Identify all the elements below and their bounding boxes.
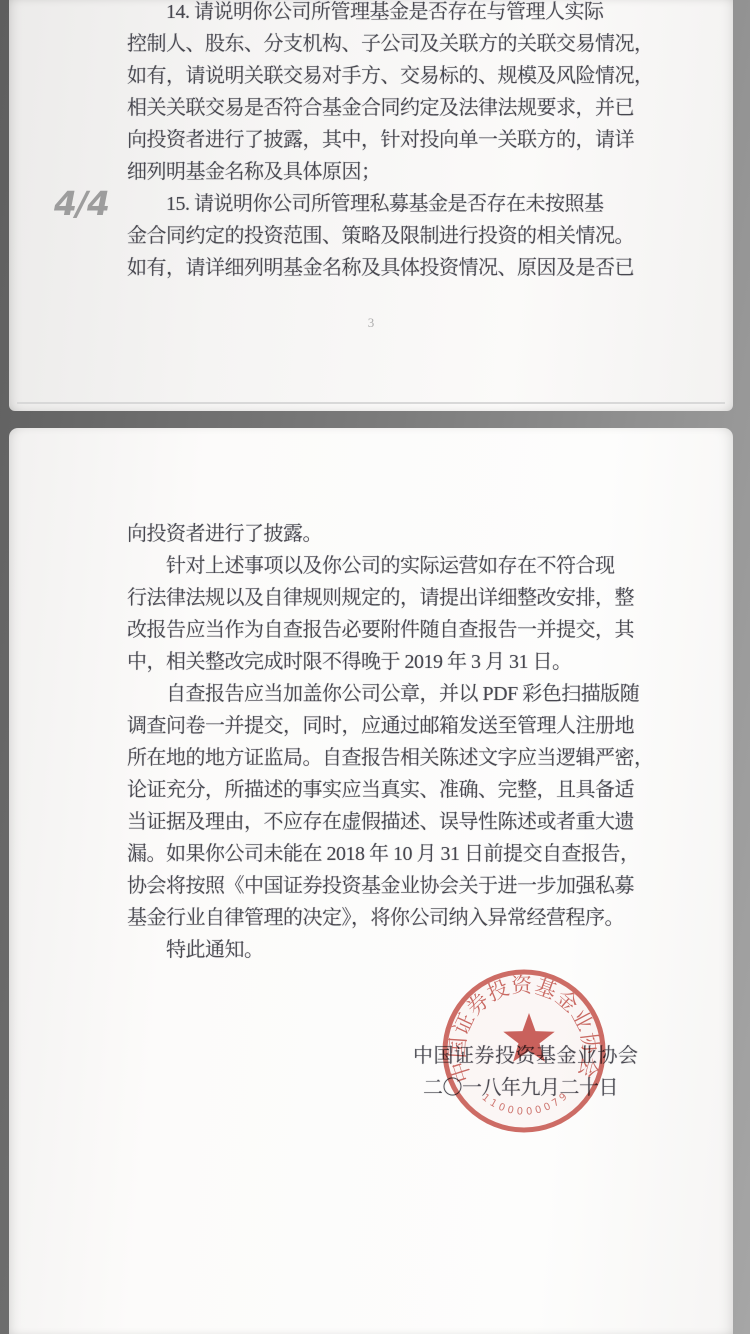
- text-line: 向投资者进行了披露，其中，针对投向单一关联方的，请详: [127, 124, 657, 156]
- text-line: 控制人、股东、分支机构、子公司及关联方的关联交易情况，: [127, 28, 657, 60]
- document-page-2: 向投资者进行了披露。 针对上述事项以及你公司的实际运营如存在不符合现行法律法规以…: [9, 428, 733, 1334]
- text-line: 协会将按照《中国证券投资基金业协会关于进一步加强私募: [127, 870, 657, 902]
- text-line: 基金行业自律管理的决定》，将你公司纳入异常经营程序。: [127, 902, 657, 934]
- text-line: 自查报告应当加盖你公司公章，并以 PDF 彩色扫描版随: [127, 678, 657, 710]
- text-line: 行法律法规以及自律规则规定的，请提出详细整改安排，整: [127, 582, 657, 614]
- scanned-document-photo: 14. 请说明你公司所管理基金是否存在与管理人实际控制人、股东、分支机构、子公司…: [0, 0, 750, 1334]
- page2-text-block: 向投资者进行了披露。 针对上述事项以及你公司的实际运营如存在不符合现行法律法规以…: [127, 518, 657, 966]
- page1-footer-page-number: 3: [9, 315, 733, 331]
- text-line: 如有，请详细列明基金名称及具体投资情况、原因及是否已: [127, 252, 657, 284]
- text-line: 论证充分，所描述的事实应当真实、准确、完整，且具备适: [127, 774, 657, 806]
- text-line: 向投资者进行了披露。: [127, 518, 657, 550]
- text-line: 14. 请说明你公司所管理基金是否存在与管理人实际: [127, 0, 657, 28]
- text-line: 细列明基金名称及具体原因；: [127, 156, 657, 188]
- text-line: 中，相关整改完成时限不得晚于 2019 年 3 月 31 日。: [127, 646, 657, 678]
- text-line: 如有，请说明关联交易对手方、交易标的、规模及风险情况，: [127, 60, 657, 92]
- text-line: 改报告应当作为自查报告必要附件随自查报告一并提交，其: [127, 614, 657, 646]
- official-seal: 中国证券投资基金业协会 1100000079148: [440, 967, 608, 1135]
- text-line: 15. 请说明你公司所管理私募基金是否存在未按照基: [127, 188, 657, 220]
- text-line: 针对上述事项以及你公司的实际运营如存在不符合现: [127, 550, 657, 582]
- text-line: 当证据及理由，不应存在虚假描述、误导性陈述或者重大遗: [127, 806, 657, 838]
- page1-text-block: 14. 请说明你公司所管理基金是否存在与管理人实际控制人、股东、分支机构、子公司…: [127, 0, 657, 284]
- text-line: 相关关联交易是否符合基金合同约定及法律法规要求，并已: [127, 92, 657, 124]
- document-page-1: 14. 请说明你公司所管理基金是否存在与管理人实际控制人、股东、分支机构、子公司…: [9, 0, 733, 411]
- text-line: 调查问卷一并提交，同时，应通过邮箱发送至管理人注册地: [127, 710, 657, 742]
- text-line: 所在地的地方证监局。自查报告相关陈述文字应当逻辑严密，: [127, 742, 657, 774]
- text-line: 漏。如果你公司未能在 2018 年 10 月 31 日前提交自查报告，: [127, 838, 657, 870]
- text-line: 特此通知。: [127, 934, 657, 966]
- page1-bottom-edge: [17, 402, 725, 404]
- viewer-page-indicator: 4/4: [54, 184, 109, 223]
- text-line: 金合同约定的投资范围、策略及限制进行投资的相关情况。: [127, 220, 657, 252]
